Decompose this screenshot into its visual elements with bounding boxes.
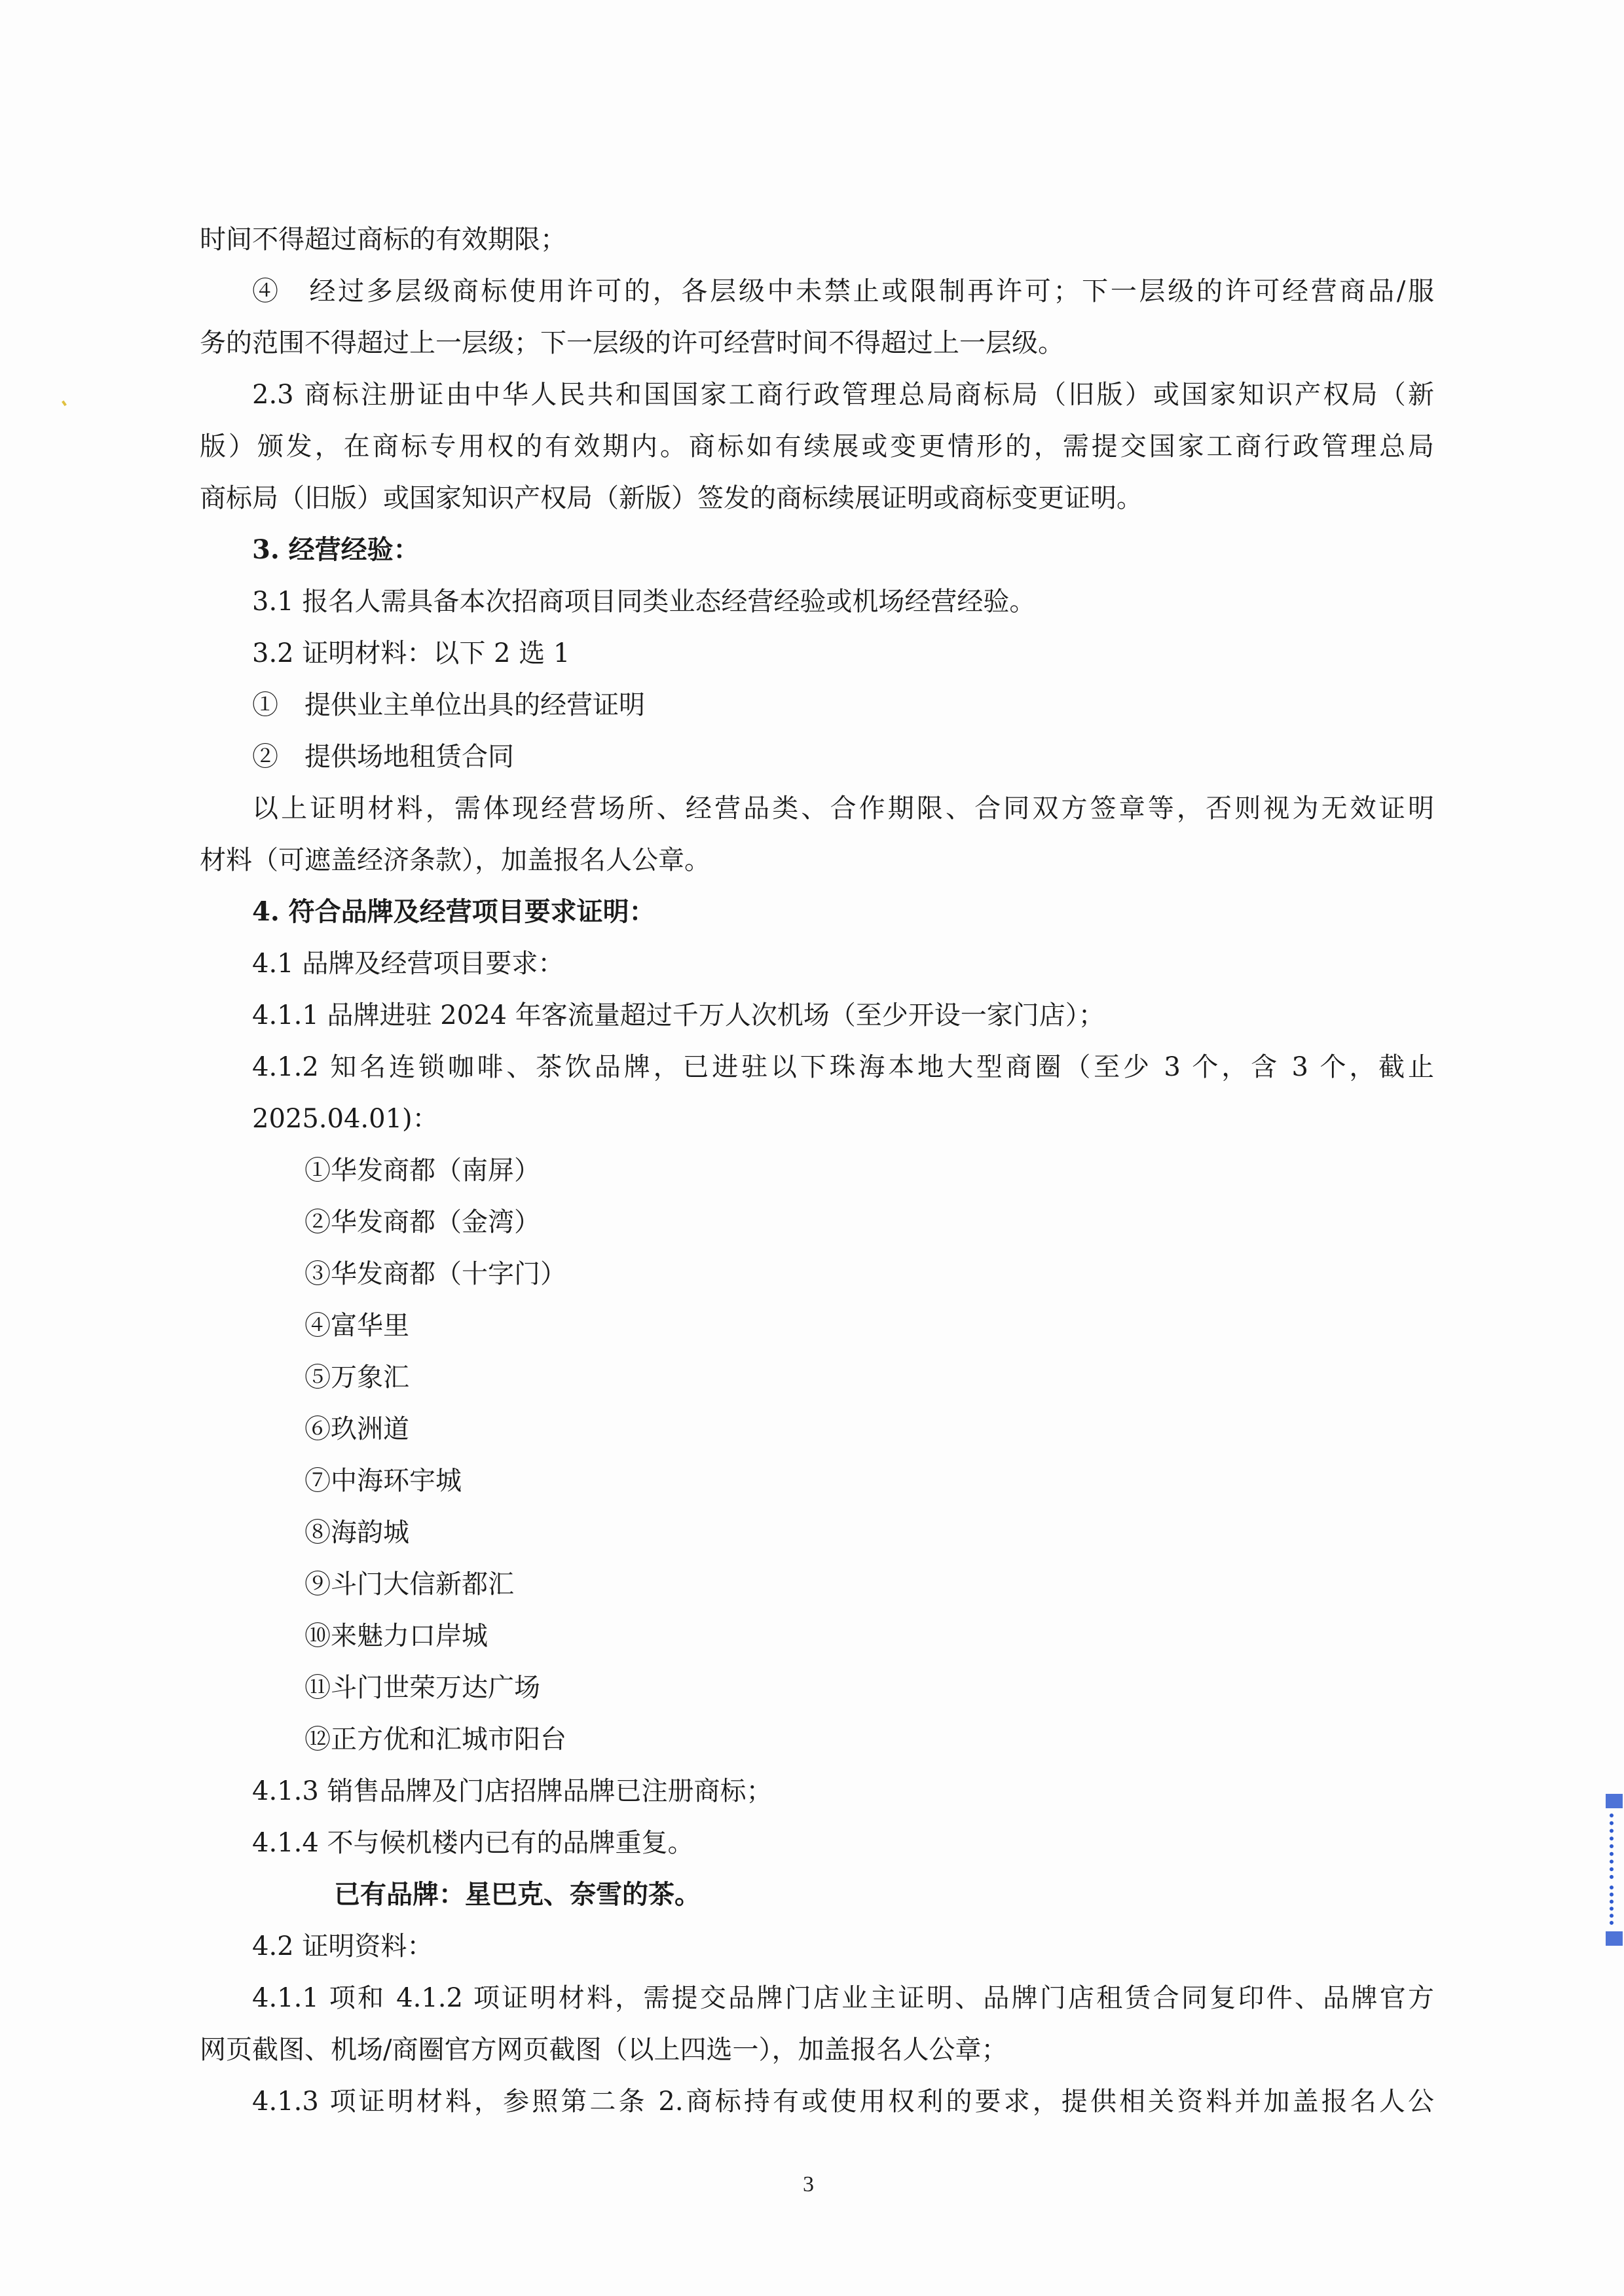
clause-3-2: 3.2 证明材料：以下 2 选 1 (252, 635, 570, 672)
mall-item: ⑦中海环宇城 (304, 1463, 462, 1499)
section-4-heading: 4. 符合品牌及经营项目要求证明： (252, 894, 655, 930)
clause-3-1: 3.1 报名人需具备本次招商项目同类业态经营经验或机场经营经验。 (252, 583, 1035, 620)
clause-4-1-2: 4.1.2 知名连锁咖啡、茶饮品牌，已进驻以下珠海本地大型商圈（至少 3 个，含… (252, 1049, 1434, 1085)
seal-stamp-edge (1606, 1794, 1623, 1951)
mall-item: ①华发商都（南屏） (304, 1152, 540, 1189)
paragraph-line: 时间不得超过商标的有效期限； (200, 221, 566, 258)
proof-note-line: 以上证明材料，需体现经营场所、经营品类、合作期限、合同双方签章等，否则视为无效证… (252, 790, 1434, 827)
clause-4-2: 4.2 证明资料： (252, 1928, 433, 1965)
scan-speck (62, 401, 67, 407)
clause-4-1-2-date: 2025.04.01)： (252, 1101, 439, 1137)
proof-note-line: 材料（可遮盖经济条款），加盖报名人公章。 (200, 842, 710, 879)
mall-item: ④富华里 (304, 1307, 409, 1344)
mall-item: ⑨斗门大信新都汇 (304, 1566, 514, 1603)
page-number: 3 (803, 2172, 814, 2197)
proof-4-1-1-line: 4.1.1 项和 4.1.2 项证明材料，需提交品牌门店业主证明、品牌门店租赁合… (252, 1980, 1434, 2016)
mall-item: ③华发商都（十字门） (304, 1256, 566, 1292)
mall-item: ⑩来魅力口岸城 (304, 1618, 488, 1654)
option-2: ② 提供场地租赁合同 (252, 738, 514, 775)
proof-4-1-3-line: 4.1.3 项证明材料，参照第二条 2.商标持有或使用权利的要求，提供相关资料并… (252, 2083, 1434, 2120)
clause-2-3-line: 商标局（旧版）或国家知识产权局（新版）签发的商标续展证明或商标变更证明。 (200, 480, 1143, 517)
existing-brands: 已有品牌：星巴克、奈雪的茶。 (334, 1876, 701, 1913)
option-1: ① 提供业主单位出具的经营证明 (252, 687, 645, 723)
clause-2-3-line: 版）颁发，在商标专用权的有效期内。商标如有续展或变更情形的，需提交国家工商行政管… (200, 428, 1434, 465)
clause-4-1-4: 4.1.4 不与候机楼内已有的品牌重复。 (252, 1825, 694, 1861)
mall-item: ⑤万象汇 (304, 1359, 409, 1396)
list-item-4-line: ④ 经过多层级商标使用许可的，各层级中未禁止或限制再许可；下一层级的许可经营商品… (252, 273, 1434, 310)
mall-item: ⑫正方优和汇城市阳台 (304, 1721, 566, 1758)
section-3-heading: 3. 经营经验： (252, 532, 420, 568)
clause-4-1-3: 4.1.3 销售品牌及门店招牌品牌已注册商标； (252, 1773, 773, 1810)
clause-4-1: 4.1 品牌及经营项目要求： (252, 945, 564, 982)
clause-2-3-line: 2.3 商标注册证由中华人民共和国国家工商行政管理总局商标局（旧版）或国家知识产… (252, 376, 1434, 413)
mall-item: ⑥玖洲道 (304, 1411, 409, 1448)
mall-item: ⑧海韵城 (304, 1514, 409, 1551)
clause-4-1-1: 4.1.1 品牌进驻 2024 年客流量超过千万人次机场（至少开设一家门店）； (252, 997, 1105, 1034)
paragraph-line: 务的范围不得超过上一层级；下一层级的许可经营时间不得超过上一层级。 (200, 325, 1064, 361)
mall-item: ⑪斗门世荣万达广场 (304, 1669, 540, 1706)
mall-item: ②华发商都（金湾） (304, 1204, 540, 1241)
proof-4-1-1-line: 网页截图、机场/商圈官方网页截图（以上四选一），加盖报名人公章； (200, 2032, 1007, 2068)
document-page: 时间不得超过商标的有效期限； ④ 经过多层级商标使用许可的，各层级中未禁止或限制… (0, 0, 1624, 2296)
